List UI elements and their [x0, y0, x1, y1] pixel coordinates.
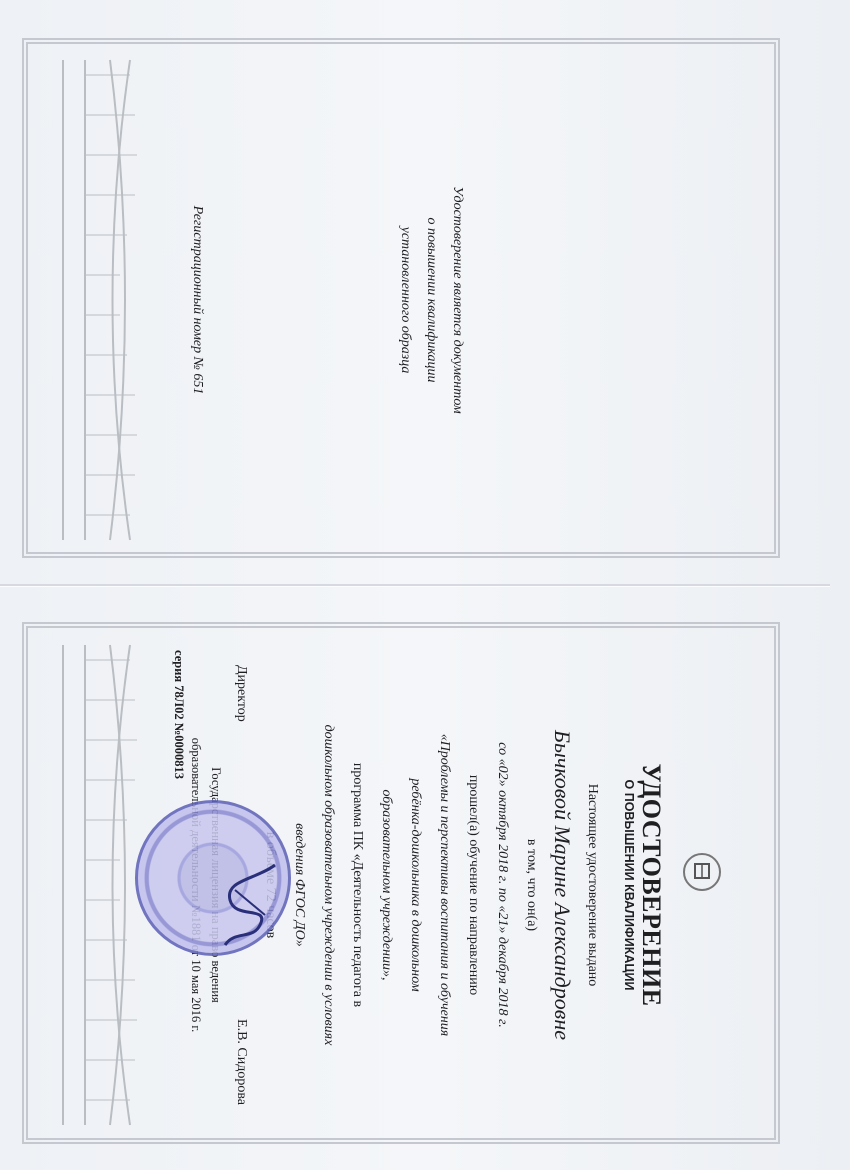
program-line-2: дошкольном образовательном учреждении в …: [314, 725, 343, 1046]
left-page-line-1: Удостоверение является документом: [444, 186, 470, 413]
recipient-name: Бычковой Марине Александровне: [546, 730, 578, 1040]
training-dates: со «02» октября 2018 г. по «21» декабря …: [488, 742, 517, 1027]
program-line-1: программа ПК «Деятельность педагога в: [343, 763, 372, 1007]
director-signature: [215, 860, 285, 950]
signatory-role: Директор: [227, 665, 256, 722]
left-page-line-3: установленного образца: [392, 227, 418, 374]
page-fold: [0, 584, 830, 586]
training-direction-label: прошел(а) обучение по направлению: [459, 775, 488, 995]
license-series: серия 78Л02 №0000813: [171, 650, 187, 779]
signatory-name: Е.В. Сидорова: [227, 1019, 256, 1105]
that-line: в том, что он(а): [517, 839, 546, 931]
registration-number: Регистрационный номер № 651: [183, 206, 212, 395]
direction-line-2: ребёнка-дошкольника в дошкольном: [401, 778, 430, 991]
direction-line-1: «Проблемы и перспективы воспитания и обу…: [430, 734, 459, 1037]
direction-line-3: образовательном учреждении»,: [372, 789, 401, 980]
center-logo-icon: [680, 850, 724, 894]
issued-to-label: Настоящее удостоверение выдано: [578, 784, 607, 987]
certificate-subtitle: О ПОВЫШЕНИИ КВАЛИФИКАЦИИ: [621, 780, 637, 991]
certificate-title: УДОСТОВЕРЕНИЕ: [637, 763, 665, 1006]
left-page-content: Удостоверение является документом о повы…: [183, 60, 470, 540]
bridge-illustration-top: [55, 55, 150, 545]
left-page-line-2: о повышении квалификации: [418, 217, 444, 382]
